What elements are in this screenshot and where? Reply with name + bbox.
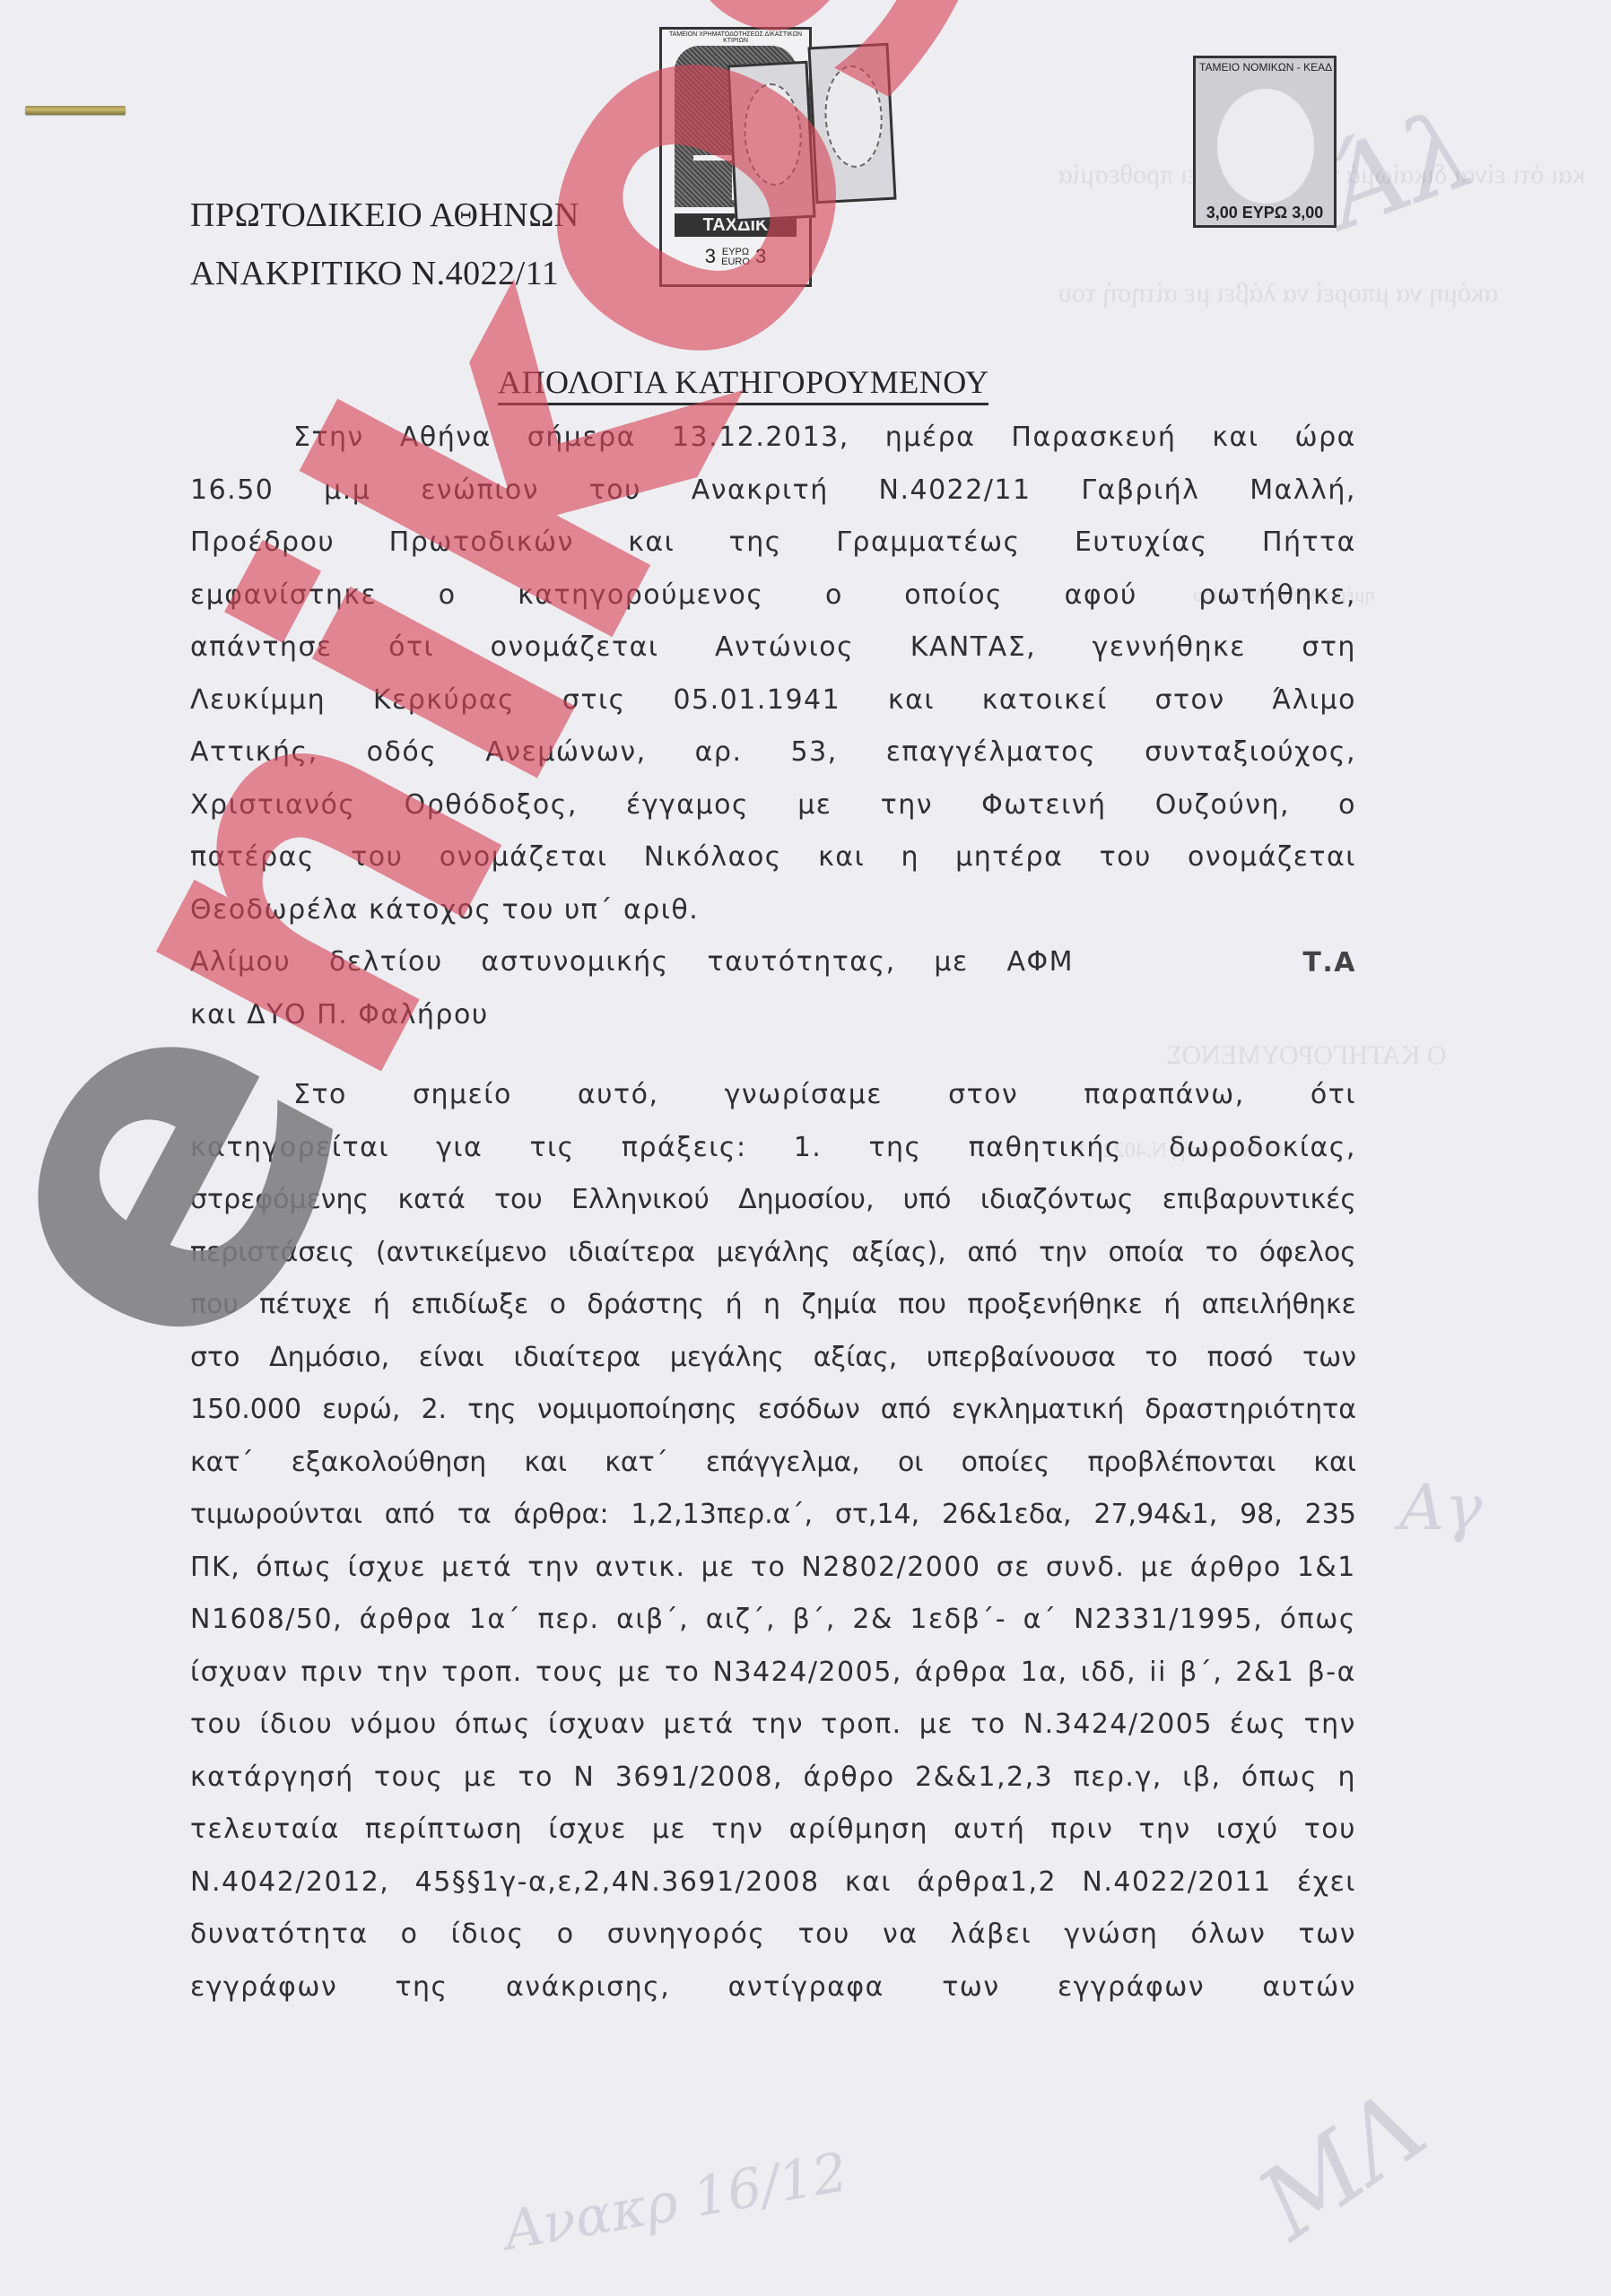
currency-en: EURO (721, 257, 750, 267)
word: όπως (1280, 1604, 1356, 1635)
word: Ελληνικού (571, 1184, 710, 1215)
word: ζημία (801, 1289, 876, 1320)
word: με (652, 1813, 686, 1845)
word: η (763, 1289, 780, 1320)
word: Νικόλαος (644, 841, 782, 873)
text-line: ΛευκίμμηΚερκύραςστις05.01.1941καικατοικε… (190, 684, 1356, 716)
word: έως (1230, 1709, 1286, 1740)
word: μεγάλης (670, 1342, 784, 1373)
word: Δημοσίου, (738, 1184, 874, 1215)
word: προβλέπονται (1087, 1447, 1276, 1478)
text-line: Ν.4042/2012,45§§1γ-α,ε,2,4Ν.3691/2008και… (190, 1866, 1356, 1898)
word: οποία (1109, 1237, 1185, 1268)
word: ΚΑΝΤΑΣ, (910, 631, 1036, 663)
word: Γραμματέως (836, 526, 1021, 558)
word: συνδ. (1046, 1552, 1126, 1583)
text-line: και ΔΥΟ Π. Φαλήρου (190, 999, 1356, 1031)
word: Προέδρου (190, 526, 335, 558)
word: Ν1608/50, (190, 1604, 343, 1635)
word: αστυνομικής (481, 946, 668, 978)
word: αυτό, (578, 1079, 659, 1110)
word: και (628, 526, 675, 558)
word: Λευκίμμη (190, 684, 326, 716)
word: σήμερα (527, 422, 636, 453)
text-line: ΣτηνΑθήνασήμερα13.12.2013,ημέραΠαρασκευή… (190, 422, 1356, 453)
word: ευρώ, (322, 1394, 400, 1425)
word: να (883, 1918, 919, 1950)
word: με (934, 946, 968, 978)
word: ιδδ, (1081, 1657, 1136, 1688)
word: παραπάνω, (1084, 1079, 1244, 1110)
word: 27,94&1, (1093, 1499, 1217, 1530)
word: 98, (1240, 1499, 1283, 1530)
word: Ορθόδοξος, (405, 789, 578, 821)
text-line: ΧριστιανόςΟρθόδοξος,έγγαμοςμετηνΦωτεινήΟ… (190, 789, 1356, 821)
word: 53, (791, 736, 838, 768)
word: εγκληματική (952, 1394, 1124, 1425)
word: την (1039, 1237, 1087, 1268)
word: δράστης (587, 1289, 704, 1320)
word: Ν2331/1995, (1074, 1604, 1263, 1635)
text-line: τελευταίαπερίπτωσηίσχυεμετηναρίθμησηαυτή… (190, 1813, 1356, 1845)
word: συνταξιούχος, (1145, 736, 1356, 768)
word: πέτυχε (259, 1289, 352, 1320)
word: με (617, 1657, 651, 1688)
word: στις (562, 684, 626, 716)
text-line: ίσχυανπριντηντροπ.τουςμετοΝ3424/2005,άρθ… (190, 1657, 1356, 1688)
word: πριν (301, 1657, 364, 1688)
word: προξενήθηκε (967, 1289, 1142, 1320)
word: ΠΚ, (190, 1552, 240, 1583)
word: μ.μ (324, 474, 370, 506)
text-line: τουίδιουνόμουόπωςίσχυανμετάτηντροπ.μετοΝ… (190, 1709, 1356, 1740)
word: ή (373, 1289, 390, 1320)
word: Παρασκευή (1011, 422, 1176, 453)
word: όλων (1190, 1918, 1266, 1950)
word: στη (1302, 631, 1356, 663)
text-line: πατέραςτουονομάζεταιΝικόλαοςκαιημητέρατο… (190, 841, 1356, 873)
word: και (888, 684, 935, 716)
word: των (1302, 1342, 1356, 1373)
word: την (1138, 1813, 1190, 1845)
word: Στην (293, 422, 364, 453)
signature: ΜΛ (1239, 2068, 1446, 2261)
word: α΄ (1023, 1604, 1058, 1635)
word: του (1100, 841, 1152, 873)
word: τελευταία (190, 1813, 340, 1845)
word: ταυτότητας, (708, 946, 896, 978)
word: το (1206, 1237, 1238, 1268)
word: που (190, 1289, 239, 1320)
word: έγγαμος (626, 789, 749, 821)
word: 2&&1,2,3 (915, 1761, 1053, 1793)
word: στον (1154, 684, 1224, 716)
word: γνώση (1064, 1918, 1158, 1950)
bleed-through-text: Ο ΚΑΤΗΓΟΡΟΥΜΕΝΟΣ (1166, 1040, 1447, 1071)
word: το (751, 1552, 786, 1583)
word: αντικ. (596, 1552, 686, 1583)
text-line: ΠροέδρουΠρωτοδικώνκαιτηςΓραμματέωςΕυτυχί… (190, 526, 1356, 558)
word: κατάργησή (190, 1761, 354, 1793)
word: του (351, 841, 403, 873)
word: Ν3424/2005, (713, 1657, 902, 1688)
word: Άλιμο (1272, 684, 1356, 716)
word: απειλήθηκε (1202, 1289, 1356, 1320)
word: όπως (1241, 1761, 1318, 1793)
word: Αντώνιος (715, 631, 854, 663)
word: τις (529, 1132, 574, 1163)
word: Ευτυχίας (1075, 526, 1208, 558)
signature: Ανακρ 16/12 (500, 2141, 852, 2263)
word: ημέρα (885, 422, 976, 453)
word: Ν (573, 1761, 595, 1793)
word: κατά (397, 1184, 465, 1215)
word: γνωρίσαμε (725, 1079, 883, 1110)
word: β΄, (1180, 1657, 1223, 1688)
word: αρίθμηση (789, 1813, 928, 1845)
word: 2. (421, 1394, 447, 1425)
word: (αντικείμενο (376, 1237, 547, 1268)
portrait-revenue-stamp (807, 43, 896, 204)
word: του (190, 1709, 242, 1740)
word: 1εδβ΄- (910, 1604, 1006, 1635)
word: ονομάζεται (1188, 841, 1356, 873)
word: της (395, 1971, 448, 2003)
word: Φωτεινή (981, 789, 1106, 821)
word: την (711, 1813, 763, 1845)
word: Πήττα (1262, 526, 1356, 558)
word: Ανακριτή (692, 474, 829, 506)
word: 16.50 (190, 474, 274, 506)
word: Ν.4022/2011 (1082, 1866, 1271, 1898)
word: οι (898, 1447, 924, 1478)
word: μεγάλης (717, 1237, 831, 1268)
word: ίδιος (451, 1918, 525, 1950)
word: ώρα (1295, 422, 1356, 453)
text-line: περιστάσεις(αντικείμενοιδιαίτεραμεγάληςα… (190, 1237, 1356, 1268)
word: 3691/2008, (615, 1761, 783, 1793)
word: ο (439, 579, 457, 611)
word: επιβαρυντικές (1163, 1184, 1356, 1215)
word: 235 (1305, 1499, 1356, 1530)
word: Ν.4022/11 (879, 474, 1032, 506)
word: περιστάσεις (190, 1237, 354, 1268)
word: εξακολούθηση (292, 1447, 487, 1478)
word: 26&1εδα, (942, 1499, 1072, 1530)
text-line: στρεφόμενηςκατάτουΕλληνικούΔημοσίου,υπόι… (190, 1184, 1356, 1215)
document-title: ΑΠΟΛΟΓΙΑ ΚΑΤΗΓΟΡΟΥΜΕΝΟΥ (498, 363, 988, 405)
text-line: απάντησεότιονομάζεταιΑντώνιοςΚΑΝΤΑΣ,γενν… (190, 631, 1356, 663)
word: ο (401, 1918, 419, 1950)
bleed-through-text: ακόμη να μπορεί να λάβει με αίτησή του (1058, 278, 1498, 309)
stamp-value-right: 3 (755, 245, 766, 267)
text-line: κατάργησήτουςμετοΝ3691/2008,άρθρο2&&1,2,… (190, 1761, 1356, 1793)
word: Αττικής, (190, 736, 318, 768)
word: επιδίωξε (411, 1289, 528, 1320)
word: περ.γ, (1074, 1761, 1163, 1793)
word: αξίας, (814, 1342, 898, 1373)
word: τροπ. (821, 1709, 902, 1740)
word: αυτών (1262, 1971, 1356, 2003)
word: από (967, 1237, 1017, 1268)
word: την (1304, 1709, 1356, 1740)
word: το (971, 1709, 1006, 1740)
word: ότι (1311, 1079, 1356, 1110)
word: Πρωτοδικών (389, 526, 574, 558)
word: κατηγορείται (190, 1132, 389, 1163)
word: εγγράφων (1058, 1971, 1205, 2003)
text-line: κατηγορείταιγιατιςπράξεις:1.τηςπαθητικής… (190, 1132, 1356, 1163)
word: η (1337, 1761, 1356, 1793)
text-line: ΠΚ,όπωςίσχυεμετάτηναντικ.μετοΝ2802/2000σ… (190, 1552, 1356, 1583)
word: ίσχυε (548, 1813, 627, 1845)
word: η (901, 841, 919, 873)
word: δυνατότητα (190, 1918, 369, 1950)
word: άρθρο (1190, 1552, 1282, 1583)
word: β΄, (793, 1604, 836, 1635)
portrait-icon (823, 64, 885, 169)
word: μετά (664, 1709, 735, 1740)
word: Γαβριήλ (1081, 474, 1199, 506)
word: της (868, 1132, 921, 1163)
text-line: 150.000ευρώ,2.τηςνομιμοποίησηςεσόδωναπόε… (190, 1394, 1356, 1425)
word: επάγγελμα, (706, 1447, 860, 1478)
text-line: εγγράφωντηςανάκρισης,αντίγραφατωνεγγράφω… (190, 1971, 1356, 2003)
word: ανάκρισης, (506, 1971, 670, 2003)
word: ισχύ (1216, 1813, 1279, 1845)
text-line: δυνατότηταοίδιοςοσυνηγορόςτουναλάβειγνώσ… (190, 1918, 1356, 1950)
word: μητέρα (955, 841, 1063, 873)
word: περ. (538, 1604, 600, 1635)
word: ιδιαζόντως (980, 1184, 1134, 1215)
word: εμφανίστηκε (190, 579, 377, 611)
text-line: κατ΄εξακολούθησηκαικατ΄επάγγελμα,οιοποίε… (190, 1447, 1356, 1478)
word: αυτή (954, 1813, 1025, 1845)
text-line: πουπέτυχεήεπιδίωξεοδράστηςήηζημίαπουπροξ… (190, 1289, 1356, 1320)
word: εγγράφων (190, 1971, 337, 2003)
word: άρθρα (360, 1604, 453, 1635)
word: στ,14, (835, 1499, 919, 1530)
text-line: Στοσημείοαυτό,γνωρίσαμεστονπαραπάνω,ότι (190, 1079, 1356, 1110)
word: ποσό (1207, 1342, 1274, 1373)
word: αιβ΄, (616, 1604, 689, 1635)
word: 1&1 (1297, 1552, 1356, 1583)
word: ή (1163, 1289, 1180, 1320)
word: Αλίμου (190, 946, 291, 978)
word: άρθρα: (513, 1499, 608, 1530)
scanned-document-page: και ότι είναι δικαίωμά του να ζητήσει πρ… (0, 0, 1611, 2296)
word: υπό (903, 1184, 952, 1215)
word: Αθήνα (400, 422, 492, 453)
text-line: εμφανίστηκεοκατηγορούμενοςοοποίοςαφούρωτ… (190, 579, 1356, 611)
word: συνηγορός (607, 1918, 766, 1950)
word: πράξεις: (622, 1132, 747, 1163)
word: κατοικεί (982, 684, 1108, 716)
word: έχει (1297, 1866, 1356, 1898)
stamp-value: 3 ΕΥΡΩEURO 3 (662, 245, 809, 268)
word: με (701, 1552, 736, 1583)
word: ΑΦΜ (1006, 946, 1074, 978)
word: την (377, 1657, 429, 1688)
word: την (752, 1709, 804, 1740)
word: δελτίου (329, 946, 443, 978)
word: οδός (367, 736, 438, 768)
word: Στο (293, 1079, 347, 1110)
word: ιβ, (1182, 1761, 1221, 1793)
word: νομιμοποίησης (537, 1394, 737, 1425)
word: εσόδων (758, 1394, 860, 1425)
word: Δημόσιο, (269, 1342, 389, 1373)
word: αρ. (695, 736, 743, 768)
word: Μαλλή, (1250, 474, 1356, 506)
text-line: τιμωρούνταιαπόταάρθρα:1,2,13περ.α΄,στ,14… (190, 1499, 1356, 1530)
word: στρεφόμενης (190, 1184, 369, 1215)
word: 1α, (1021, 1657, 1068, 1688)
word: Ν.3424/2005 (1023, 1709, 1213, 1740)
word: Ανεμώνων, (485, 736, 646, 768)
word: είναι (419, 1342, 484, 1373)
word: και (524, 1447, 567, 1478)
word: και (1313, 1447, 1356, 1478)
word: μετά (441, 1552, 512, 1583)
word: όφελος (1259, 1237, 1356, 1268)
coin-icon (1217, 89, 1314, 204)
word: αξίας), (851, 1237, 945, 1268)
word: το (1145, 1342, 1178, 1373)
word: περίπτωση (365, 1813, 523, 1845)
word: γεννήθηκε (1093, 631, 1246, 663)
word: τους (374, 1761, 443, 1793)
word: ίσχυε (347, 1552, 426, 1583)
word: ονομάζεται (440, 841, 608, 873)
word: σε (997, 1552, 1031, 1583)
word: των (942, 1971, 999, 2003)
word: τιμωρούνται (190, 1499, 362, 1530)
word: β-α (1308, 1657, 1356, 1688)
word: κατηγορούμενος (518, 579, 763, 611)
word: πριν (1050, 1813, 1113, 1845)
word: αφού (1065, 579, 1137, 611)
word: 1. (794, 1132, 823, 1163)
word: ο (557, 1918, 575, 1950)
word: ο (1338, 789, 1356, 821)
word: με (464, 1761, 498, 1793)
word: ο (825, 579, 843, 611)
word: 150.000 (190, 1394, 301, 1425)
word: για (436, 1132, 483, 1163)
word: Χριστιανός (190, 789, 355, 821)
word: 45§§1γ-α,ε,2,4Ν.3691/2008 (415, 1866, 820, 1898)
word: ιδιαίτερα (568, 1237, 695, 1268)
word: με (797, 789, 832, 821)
word: άρθρα (915, 1657, 1008, 1688)
word: δωροδοκίας, (1169, 1132, 1356, 1163)
word: επαγγέλματος (886, 736, 1096, 768)
word: δραστηριότητα (1145, 1394, 1356, 1425)
word: απάντησε (190, 631, 333, 663)
text-line: Αλίμουδελτίουαστυνομικήςταυτότητας,μεΑΦΜ (190, 946, 1074, 978)
stamp-currency: ΕΥΡΩEURO (721, 248, 750, 267)
word: Ουζούνη, (1155, 789, 1290, 821)
stamp-caption: ΤΑΜΕΙΟ ΝΟΜΙΚΩΝ - ΚΕΑΔ (1199, 61, 1332, 74)
word: υπερβαίνουσα (927, 1342, 1116, 1373)
word: του (798, 1918, 850, 1950)
id-suffix: Τ.Α (1302, 947, 1356, 978)
word: ii (1149, 1657, 1167, 1688)
court-name: ΠΡΩΤΟΔΙΚΕΙΟ ΑΘΗΝΩΝ (190, 196, 579, 235)
word: αντίγραφα (728, 1971, 884, 2003)
word: ρωτήθηκε, (1198, 579, 1356, 611)
word: τροπ. (441, 1657, 523, 1688)
portrait-icon (742, 82, 805, 187)
word: με (919, 1709, 954, 1740)
word: 13.12.2013, (672, 422, 849, 453)
stamp-value-left: 3 (705, 245, 716, 267)
word: άρθρα1,2 (917, 1866, 1057, 1898)
word: κατ΄ (605, 1447, 668, 1478)
word: 1α΄ (469, 1604, 521, 1635)
word: ονομάζεται (491, 631, 659, 663)
text-line: στοΔημόσιο,είναιιδιαίτεραμεγάληςαξίας,υπ… (190, 1342, 1356, 1373)
word: από (881, 1394, 931, 1425)
word: ίδιου (259, 1709, 333, 1740)
word: ιδιαίτερα (513, 1342, 640, 1373)
word: νόμου (350, 1709, 437, 1740)
word: των (1299, 1918, 1356, 1950)
word: κατ΄ (190, 1447, 254, 1478)
word: που (898, 1289, 946, 1320)
word: στον (948, 1079, 1018, 1110)
word: 1,2,13περ.α΄, (631, 1499, 813, 1530)
word: της (467, 1394, 517, 1425)
text-line: Αττικής,οδόςΑνεμώνων,αρ.53,επαγγέλματοςσ… (190, 736, 1356, 768)
word: με (1140, 1552, 1174, 1583)
word: τους (536, 1657, 605, 1688)
word: ίσχυαν (548, 1709, 646, 1740)
word: σημείο (413, 1079, 512, 1110)
word: οποίες (962, 1447, 1050, 1478)
word: το (665, 1657, 700, 1688)
word: την (527, 1552, 579, 1583)
word: από (385, 1499, 435, 1530)
word: της (729, 526, 782, 558)
stamp-value: 3,00 ΕΥΡΩ 3,00 (1199, 204, 1330, 222)
word: αιζ΄, (706, 1604, 776, 1635)
word: λάβει (951, 1918, 1032, 1950)
word: στο (190, 1342, 239, 1373)
word: Κερκύρας (373, 684, 515, 716)
word: όπως (455, 1709, 531, 1740)
word: και (1212, 422, 1258, 453)
word: Ν2802/2000 (801, 1552, 980, 1583)
text-line: 16.50μ.μενώπιοντουΑνακριτήΝ.4022/11Γαβρι… (190, 474, 1356, 506)
word: άρθρο (804, 1761, 895, 1793)
department-name: ΑΝΑΚΡΙΤΙΚΟ Ν.4022/11 (190, 254, 559, 293)
word: του (589, 474, 641, 506)
word: την (881, 789, 933, 821)
stamp-arc-text: ΤΑΜΕΙΟΝ ΧΡΗΜΑΤΟΔΟΤΗΣΕΩΣ ΔΙΚΑΣΤΙΚΩΝ ΚΤΙΡΙ… (662, 31, 809, 44)
word: πατέρας (190, 841, 315, 873)
portrait-revenue-stamp (727, 61, 815, 222)
word: του (494, 1184, 543, 1215)
word: οποίος (904, 579, 1003, 611)
word: ενώπιον (421, 474, 539, 506)
word: ή (726, 1289, 743, 1320)
signature: Αγ (1399, 1471, 1482, 1544)
word: του (1304, 1813, 1356, 1845)
word: 2& (852, 1604, 893, 1635)
word: και (818, 841, 865, 873)
